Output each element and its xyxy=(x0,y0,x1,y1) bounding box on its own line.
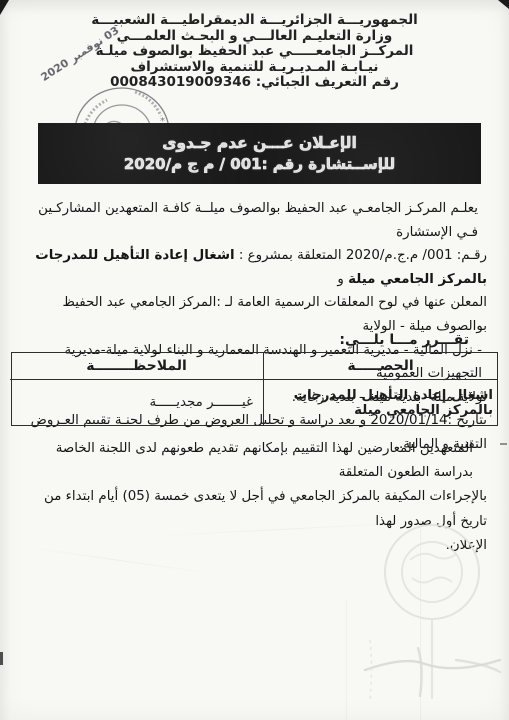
column-header-lot: الحصـــــة xyxy=(263,353,497,380)
republic-title: الجمهوريـــة الجزائريـــة الديمقراطيـــة… xyxy=(0,13,509,29)
decision-lead-in: تقـــرر مـــا يلـــي: xyxy=(339,332,469,348)
table-row-lot-value: اشغال إعادة التأهيل للمدرجات بالمركز الج… xyxy=(263,380,497,425)
banner-consultation-ref: للإســتشارة رقم :001 / م ج م/2020 xyxy=(124,155,395,173)
intro-line-post: و xyxy=(337,272,348,287)
results-table: الحصـــــة الملاحظــــــــة اشغال إعادة … xyxy=(11,352,498,426)
faint-stamp-and-signature xyxy=(360,510,509,720)
scanned-document-page: الجمهوريـــة الجزائريـــة الديمقراطيـــة… xyxy=(0,0,509,720)
banner-title: الإعـلان عـــن عدم جـدوى xyxy=(162,134,357,152)
appeal-line: المتعهدين المعارضين لهذا التقييم بإمكانه… xyxy=(24,437,487,485)
scan-artifact-right-dash xyxy=(500,443,507,445)
column-header-remark: الملاحظــــــــة xyxy=(10,353,263,380)
paper-fold-line xyxy=(346,600,347,720)
intro-line: رقـم: 001/ م.ج.م/2020 المتعلقة بمشروع : … xyxy=(24,244,487,291)
announcement-banner: الإعـلان عـــن عدم جـدوى للإســتشارة رقم… xyxy=(38,123,481,184)
intro-line-pre: رقـم: 001/ م.ج.م/2020 المتعلقة بمشروع : xyxy=(235,248,487,263)
scan-artifact-left-edge xyxy=(0,652,3,665)
intro-line: يعلـم المركـز الجامعـي عبد الحفيظ بوالصو… xyxy=(24,197,487,244)
scan-artifact-top-right xyxy=(498,0,509,9)
table-row-remark-value: غيـــــــر مجديـــــة xyxy=(10,380,263,425)
ministry-title: وزارة التعليـم العالـــي و البحـث العلمـ… xyxy=(0,29,509,45)
